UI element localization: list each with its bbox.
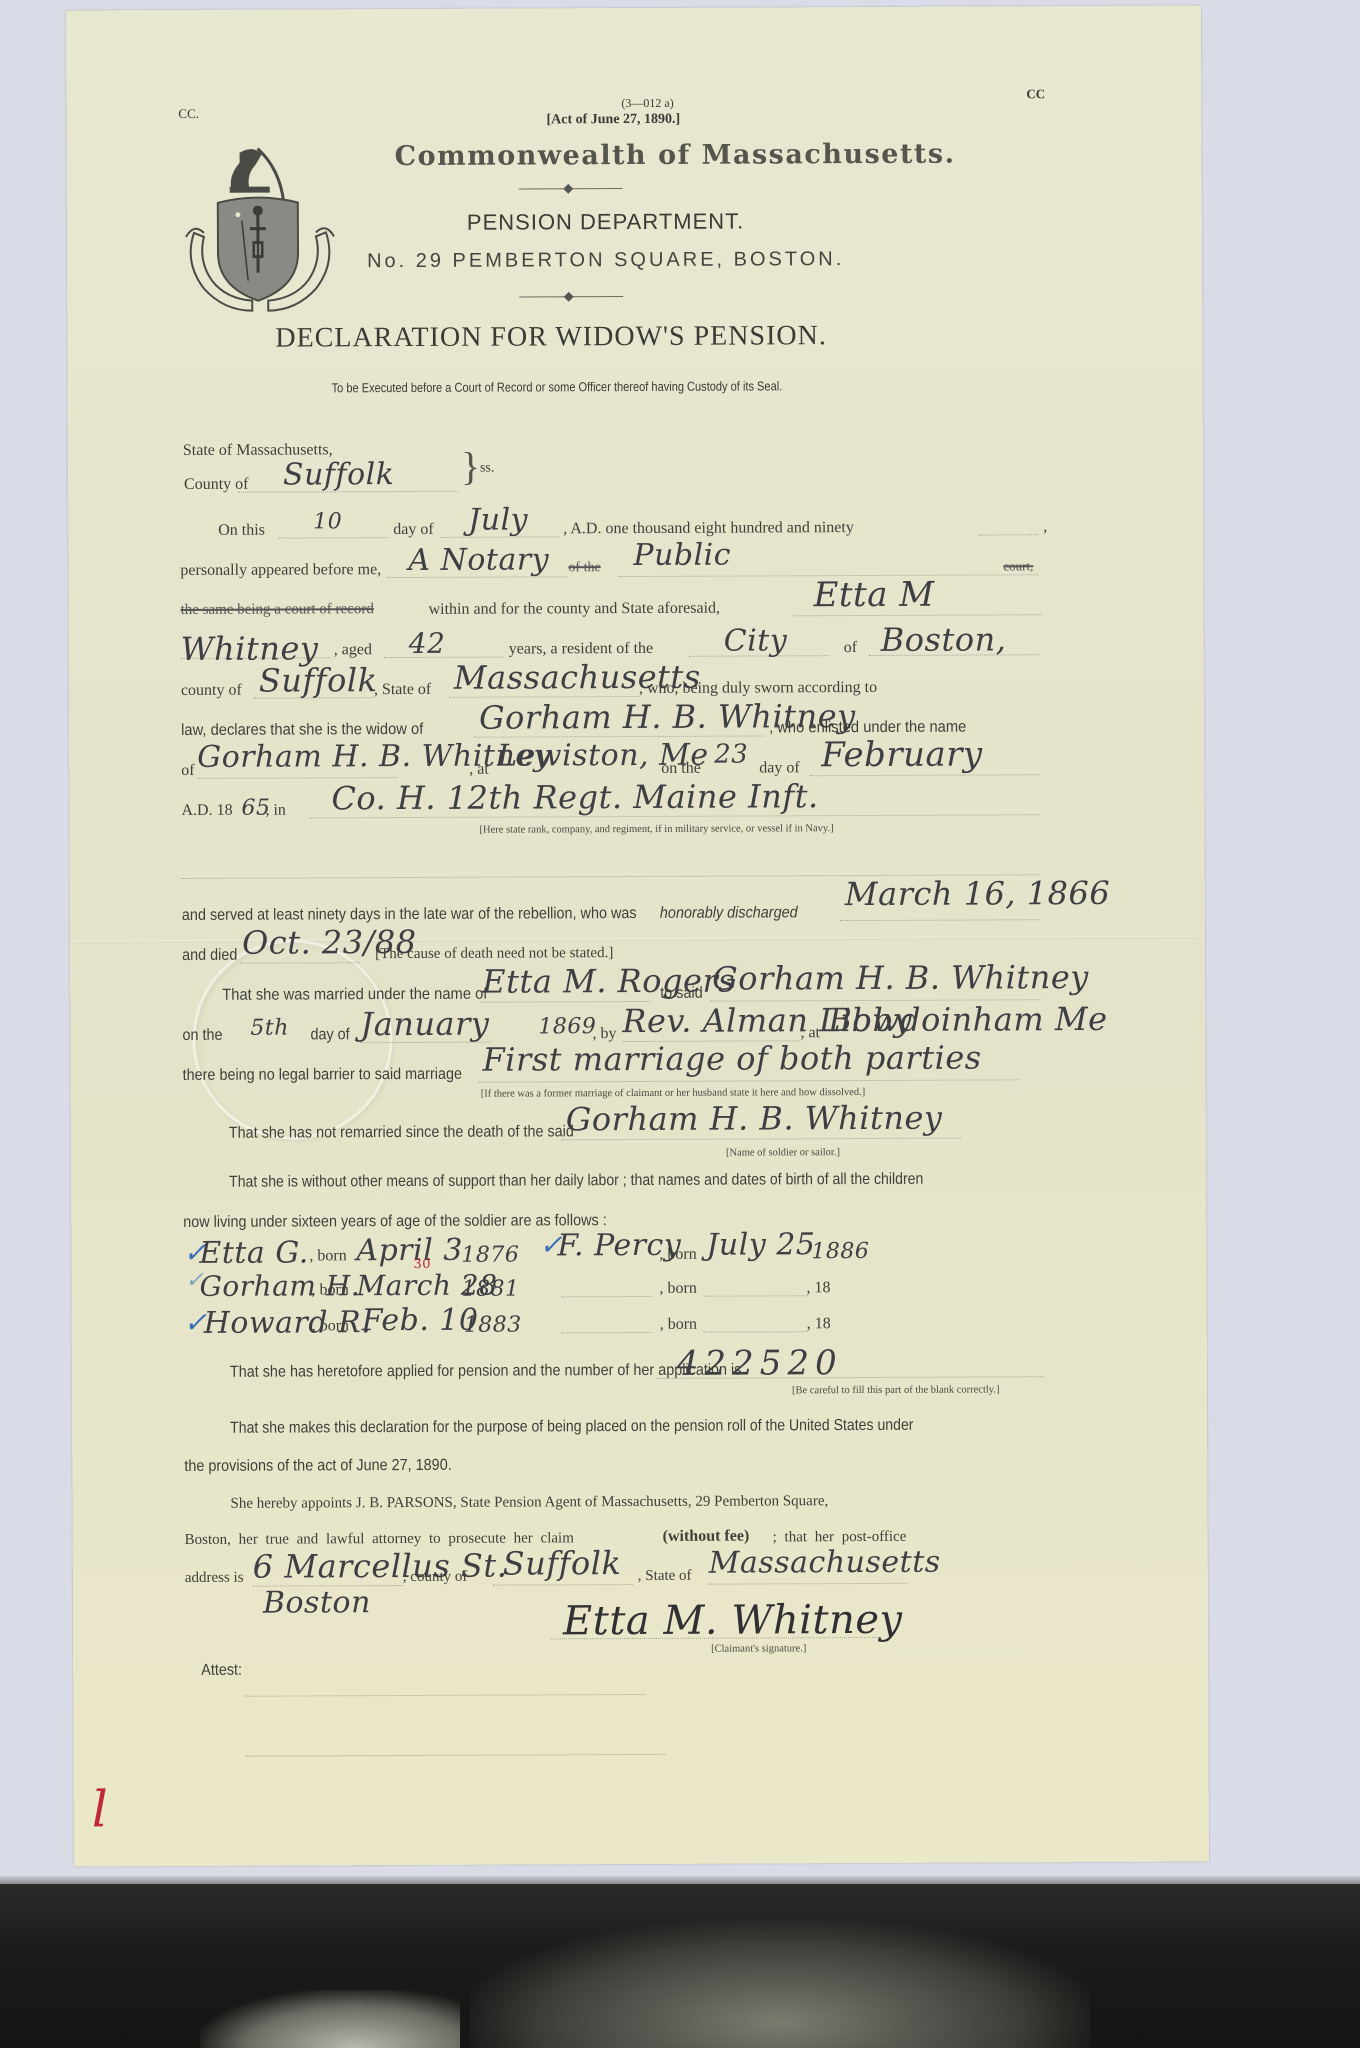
county-field[interactable]: Suffolk	[283, 457, 395, 492]
on-the-label-2: on the	[182, 1027, 222, 1045]
child-name-line-empty	[562, 1332, 652, 1333]
on-the-label: on the	[661, 760, 701, 778]
prior-marriage-note: [If there was a former marriage of claim…	[481, 1087, 866, 1100]
child-date-correction: 30	[413, 1257, 431, 1272]
child-birth-date[interactable]: July 25	[706, 1227, 815, 1262]
child-birth-year[interactable]: 1876	[461, 1243, 519, 1268]
within-label: within and for the county and State afor…	[429, 600, 721, 619]
year-prefix-label: , 18	[807, 1315, 831, 1333]
ss-label: ss.	[480, 461, 494, 477]
child-birth-date[interactable]: Feb. 10	[362, 1303, 479, 1339]
post-city-field[interactable]: Boston	[263, 1585, 371, 1620]
child-birth-year[interactable]: 1886	[811, 1239, 869, 1264]
children-list: ✓ Etta G. , born April 3 1876 ✓ F. Percy…	[66, 6, 1201, 11]
ornament-diamond-icon	[563, 184, 573, 194]
pension-declaration-document: CC. CC (3—012 a) [Act of June 27, 1890.]…	[66, 6, 1209, 1867]
red-pencil-mark: l	[92, 1780, 109, 1838]
day-field-line	[278, 537, 388, 538]
ad-18-label: A.D. 18	[181, 802, 232, 820]
sworn-label: , who, being duly sworn according to	[639, 679, 877, 698]
child-name-line-empty	[562, 1296, 652, 1297]
support-text: That she is without other means of suppo…	[229, 1171, 923, 1192]
purpose-text-2: the provisions of the act of June 27, 18…	[184, 1457, 451, 1476]
department-address: No. 29 PEMBERTON SQUARE, BOSTON.	[367, 248, 844, 273]
no-barrier-label: there being no legal barrier to said mar…	[183, 1066, 462, 1085]
age-field[interactable]: 42	[409, 627, 446, 660]
officer-field[interactable]: A Notary	[408, 542, 549, 578]
appoints-text-1: She hereby appoints J. B. PARSONS, State…	[230, 1493, 828, 1513]
unit-note: [Here state rank, company, and regiment,…	[480, 823, 834, 836]
child-birth-year[interactable]: 1881	[461, 1277, 519, 1302]
attest-line-2	[246, 1754, 666, 1757]
residence-county-field[interactable]: Suffolk	[259, 661, 378, 700]
of-label: of	[844, 639, 857, 657]
day-of-label: day of	[393, 521, 434, 539]
of-prefix-label: of	[181, 762, 194, 780]
address-is-label: address is	[185, 1570, 244, 1587]
purpose-text-1: That she makes this declaration for the …	[230, 1417, 913, 1438]
year-prefix-label: , 18	[806, 1279, 830, 1297]
post-address-field[interactable]: 6 Marcellus St.	[253, 1547, 508, 1586]
residence-type-field[interactable]: City	[724, 623, 788, 658]
to-said-label: to said	[660, 985, 703, 1003]
appeared-label: personally appeared before me,	[180, 561, 381, 580]
discharge-date-field[interactable]: March 16, 1866	[845, 874, 1111, 913]
county-of-label-2: , county of	[403, 1569, 468, 1586]
document-subtitle: To be Executed before a Court of Record …	[332, 378, 783, 395]
state-of-label-2: , State of	[638, 1568, 692, 1585]
child-date-line-empty	[704, 1295, 808, 1296]
born-label: , born	[660, 1280, 697, 1298]
application-note: [Be careful to fill this part of the bla…	[792, 1384, 1000, 1396]
day-of-label-2: day of	[759, 759, 800, 777]
post-county-field[interactable]: Suffolk	[503, 1544, 622, 1583]
child-birth-year[interactable]: 1883	[464, 1313, 522, 1338]
officer-title-field[interactable]: Public	[633, 538, 731, 573]
attest-line-1	[245, 1694, 645, 1697]
enlist-month-field[interactable]: February	[821, 734, 983, 775]
married-under-label: That she was married under the name of	[222, 986, 487, 1005]
law-declares-label: law, declares that she is the widow of	[181, 721, 423, 740]
ad-text: , A.D. one thousand eight hundred and ni…	[563, 519, 854, 538]
and-died-label: and died	[182, 947, 237, 965]
form-number: (3—012 a)	[621, 96, 673, 111]
commonwealth-heading: Commonwealth of Massachusetts.	[395, 139, 956, 172]
brace: }	[461, 443, 480, 490]
child-date-line-empty	[704, 1331, 808, 1332]
remarried-soldier-field[interactable]: Gorham H. B. Whitney	[566, 1099, 943, 1139]
month-field[interactable]: July	[468, 502, 528, 537]
department-heading: PENSION DEPARTMENT.	[467, 209, 744, 236]
paper-fold-line	[70, 936, 1205, 944]
child-name[interactable]: Etta G.	[199, 1235, 309, 1270]
signature-note: [Claimant's signature.]	[711, 1643, 806, 1654]
backdrop-cloth-fold	[200, 1990, 460, 2048]
application-number-field[interactable]: 422520	[677, 1343, 843, 1384]
massachusetts-seal-icon	[180, 142, 341, 313]
state-of-label: , State of	[374, 681, 431, 699]
aged-label: , aged	[334, 641, 372, 659]
prior-marriage-line	[479, 1079, 1019, 1082]
marriage-year-field[interactable]: 1869	[538, 1014, 596, 1039]
death-note: [The cause of death need not be stated.]	[375, 945, 613, 963]
court-struck-text: court,	[1003, 558, 1033, 574]
soldier-note: [Name of soldier or sailor.]	[726, 1147, 840, 1158]
born-label: , born	[660, 1316, 697, 1334]
corner-mark-left: CC.	[178, 106, 199, 122]
residence-city-field[interactable]: Boston,	[881, 620, 1007, 659]
act-reference: [Act of June 27, 1890.]	[546, 112, 680, 129]
appoints-text-2b: ; that her post-office	[773, 1529, 907, 1547]
attest-label: Attest:	[201, 1662, 242, 1680]
in-label: , in	[265, 802, 286, 820]
ad-comma: ,	[1043, 518, 1047, 536]
enlist-day-field[interactable]: 23	[714, 740, 748, 770]
at-label: , at	[469, 761, 489, 779]
marriage-day-field[interactable]: 5th	[250, 1016, 289, 1041]
year-field-line	[978, 534, 1038, 535]
same-being-struck: the same being a court of record	[181, 601, 374, 619]
born-label: , born	[312, 1317, 349, 1335]
post-state-field[interactable]: Massachusetts	[709, 1545, 941, 1581]
not-remarried-label: That she has not remarried since the dea…	[229, 1123, 574, 1143]
officer-struck-text: of the	[568, 560, 600, 576]
ornament-diamond-icon-2	[564, 292, 574, 302]
marriage-place-field[interactable]: Bowdoinham Me	[828, 1000, 1107, 1039]
born-label: , born	[659, 1246, 696, 1264]
born-label: , born	[312, 1281, 349, 1299]
on-this-label: On this	[218, 522, 265, 540]
unit-field[interactable]: Co. H. 12th Regt. Maine Inft.	[331, 777, 818, 817]
post-county-line	[493, 1584, 633, 1586]
corner-mark-right: CC	[1026, 86, 1045, 102]
day-field[interactable]: 10	[313, 509, 342, 534]
marriage-month-field[interactable]: January	[360, 1005, 489, 1044]
husband-name-field[interactable]: Gorham H. B. Whitney	[712, 958, 1089, 998]
honorably-label: honorably discharged	[660, 904, 798, 923]
resident-label: years, a resident of the	[509, 640, 653, 659]
day-of-label-3: day of	[310, 1026, 349, 1044]
backdrop-cloth	[470, 1920, 1090, 2048]
born-label: , born	[309, 1247, 346, 1265]
county-of-label: county of	[181, 682, 242, 700]
child-birth-date[interactable]: April 3	[356, 1233, 463, 1268]
without-fee-text: (without fee)	[663, 1528, 750, 1546]
served-label: and served at least ninety days in the l…	[182, 905, 637, 925]
prior-marriage-field[interactable]: First marriage of both parties	[482, 1038, 981, 1078]
claimant-first-name-field[interactable]: Etta M	[813, 575, 934, 616]
claimant-signature[interactable]: Etta M. Whitney	[563, 1597, 903, 1644]
discharge-line	[840, 919, 1040, 921]
document-title: DECLARATION FOR WIDOW'S PENSION.	[275, 320, 827, 354]
post-state-line	[708, 1583, 908, 1585]
